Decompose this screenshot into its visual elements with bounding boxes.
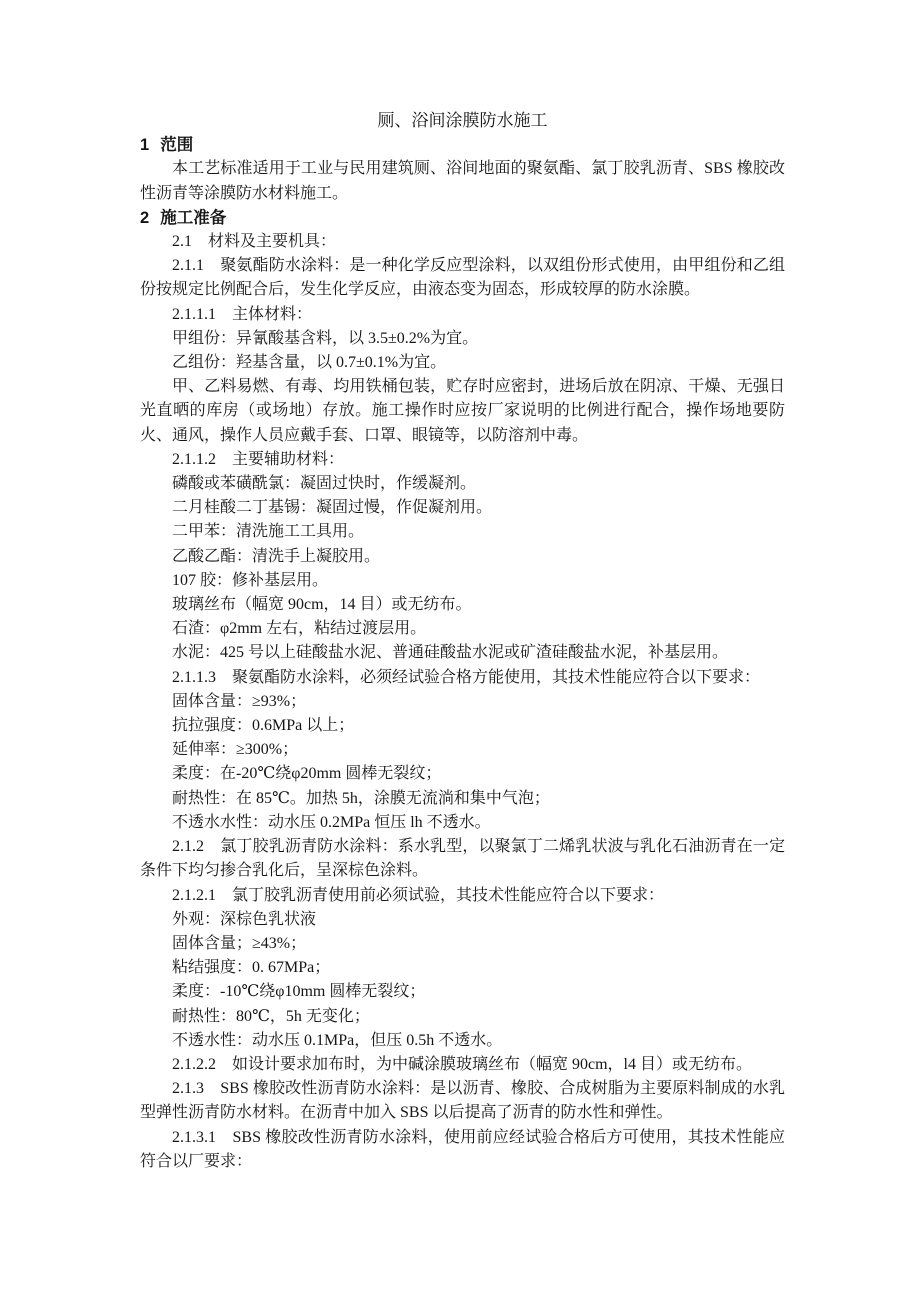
paragraph: 柔度：-10℃绕φ10mm 圆棒无裂纹； (140, 980, 785, 1004)
section-title: 施工准备 (160, 206, 226, 230)
paragraph: 甲组份：异氰酸基含料，以 3.5±0.2%为宜。 (140, 327, 785, 351)
paragraph: 水泥：425 号以上硅酸盐水泥、普通硅酸盐水泥或矿渣硅酸盐水泥，补基层用。 (140, 641, 785, 665)
paragraph: 耐热性：80℃，5h 无变化； (140, 1005, 785, 1029)
section-number: 2 (140, 206, 149, 230)
paragraph: 玻璃丝布（幅宽 90cm，14 目）或无纺布。 (140, 593, 785, 617)
paragraph: 2.1.3.1 SBS 橡胶改性沥青防水涂料，使用前应经试验合格后方可使用，其技… (140, 1126, 785, 1174)
paragraph: 不透水性：动水压 0.1MPa，但压 0.5h 不透水。 (140, 1029, 785, 1053)
paragraph: 本工艺标准适用于工业与民用建筑厕、浴间地面的聚氨酯、氯丁胶乳沥青、SBS 橡胶改… (140, 157, 785, 205)
paragraph: 2.1.2 氯丁胶乳沥青防水涂料：系水乳型，以聚氯丁二烯乳状波与乳化石油沥青在一… (140, 835, 785, 883)
paragraph: 2.1.1.2 主要辅助材料： (140, 448, 785, 472)
paragraph: 乙酸乙酯：清洗手上凝胶用。 (140, 545, 785, 569)
paragraph: 外观：深棕色乳状液 (140, 908, 785, 932)
paragraph: 二甲苯：清洗施工工具用。 (140, 520, 785, 544)
document-page: 厕、浴间涂膜防水施工 1 范围 本工艺标准适用于工业与民用建筑厕、浴间地面的聚氨… (0, 0, 920, 1302)
paragraph: 不透水水性：动水压 0.2MPa 恒压 lh 不透水。 (140, 811, 785, 835)
document-title: 厕、浴间涂膜防水施工 (140, 109, 785, 133)
paragraph: 乙组份：羟基含量，以 0.7±0.1%为宜。 (140, 351, 785, 375)
paragraph: 107 胶：修补基层用。 (140, 569, 785, 593)
paragraph: 2.1 材料及主要机具： (140, 230, 785, 254)
paragraph: 2.1.1.3 聚氨酯防水涂料，必须经试验合格方能使用，其技术性能应符合以下要求… (140, 666, 785, 690)
paragraph: 甲、乙料易燃、有毒、均用铁桶包装，贮存时应密封，进场后放在阴凉、干燥、无强日光直… (140, 375, 785, 448)
paragraph: 2.1.1.1 主体材料： (140, 303, 785, 327)
section-number: 1 (140, 133, 149, 157)
section-title: 范围 (160, 133, 193, 157)
paragraph: 2.1.1 聚氨酯防水涂料：是一种化学反应型涂料，以双组份形式使用，由甲组份和乙… (140, 254, 785, 302)
paragraph: 耐热性：在 85℃。加热 5h，涂膜无流淌和集中气泡； (140, 787, 785, 811)
section-heading: 1 范围 (140, 133, 785, 157)
paragraph: 延伸率：≥300%； (140, 738, 785, 762)
paragraph: 2.1.3 SBS 橡胶改性沥青防水涂料：是以沥青、橡胶、合成树脂为主要原料制成… (140, 1077, 785, 1125)
paragraph: 二月桂酸二丁基锡：凝固过慢，作促凝剂用。 (140, 496, 785, 520)
paragraph: 柔度：在-20℃绕φ20mm 圆棒无裂纹； (140, 762, 785, 786)
paragraph: 2.1.2.2 如设计要求加布时，为中碱涂膜玻璃丝布（幅宽 90cm，l4 目）… (140, 1053, 785, 1077)
paragraph: 粘结强度：0. 67MPa； (140, 956, 785, 980)
paragraph: 磷酸或苯磺酰氯：凝固过快时，作缓凝剂。 (140, 472, 785, 496)
paragraph: 抗拉强度：0.6MPa 以上； (140, 714, 785, 738)
paragraph: 固体含量；≥43%； (140, 932, 785, 956)
paragraph: 石渣：φ2mm 左右，粘结过渡层用。 (140, 617, 785, 641)
document-content: 厕、浴间涂膜防水施工 1 范围 本工艺标准适用于工业与民用建筑厕、浴间地面的聚氨… (140, 109, 785, 1174)
document-body: 1 范围 本工艺标准适用于工业与民用建筑厕、浴间地面的聚氨酯、氯丁胶乳沥青、SB… (140, 133, 785, 1174)
paragraph: 固体含量：≥93%； (140, 690, 785, 714)
paragraph: 2.1.2.1 氯丁胶乳沥青使用前必须试验，其技术性能应符合以下要求： (140, 884, 785, 908)
section-heading: 2 施工准备 (140, 206, 785, 230)
